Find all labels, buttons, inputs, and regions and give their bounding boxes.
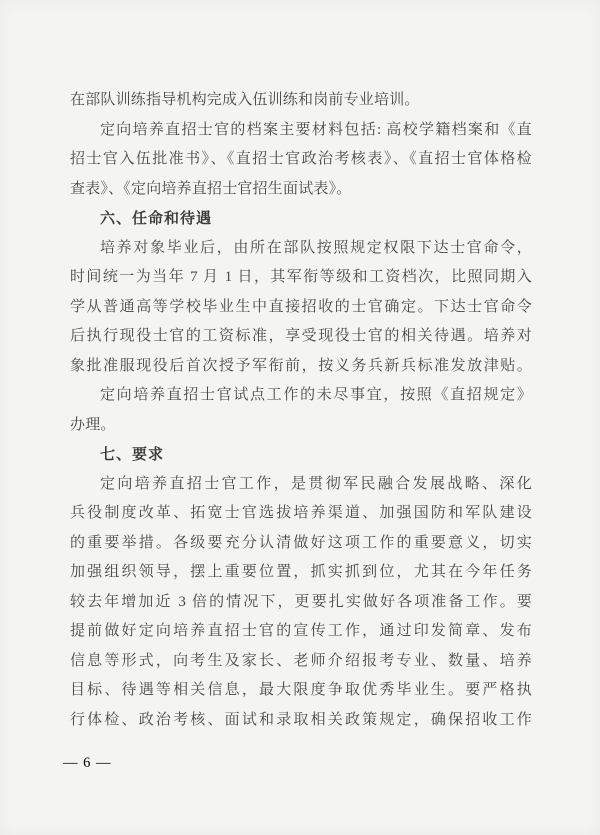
text-line: 在部队训练指导机构完成入伍训练和岗前专业培训。 bbox=[70, 86, 532, 116]
text-line: 后执行现役士官的工资标准，享受现役士官的相关待遇。培养对 bbox=[70, 322, 532, 352]
text-line: 定向培养直招士官工作，是贯彻军民融合发展战略、深化 bbox=[70, 470, 532, 500]
text-line: 信息等形式，向考生及家长、老师介绍报考专业、数量、培养 bbox=[70, 647, 532, 677]
document-text: 在部队训练指导机构完成入伍训练和岗前专业培训。定向培养直招士官的档案主要材料包括… bbox=[70, 86, 532, 735]
page-number: — 6 — bbox=[63, 755, 112, 772]
section-heading: 七、要求 bbox=[70, 440, 532, 470]
text-line: 目标、待遇等相关信息，最大限度争取优秀毕业生。要严格执 bbox=[70, 676, 532, 706]
text-line: 定向培养直招士官试点工作的未尽事宜，按照《直招规定》 bbox=[70, 381, 532, 411]
scanned-document-page: 在部队训练指导机构完成入伍训练和岗前专业培训。定向培养直招士官的档案主要材料包括… bbox=[0, 0, 600, 835]
text-line: 学从普通高等学校毕业生中直接招收的士官确定。下达士官命令 bbox=[70, 293, 532, 323]
section-heading: 六、任命和待遇 bbox=[70, 204, 532, 234]
text-line: 招士官入伍批准书》、《直招士官政治考核表》、《直招士官体格检 bbox=[70, 145, 532, 175]
text-line: 行体检、政治考核、面试和录取相关政策规定，确保招收工作 bbox=[70, 706, 532, 736]
text-line: 较去年增加近 3 倍的情况下，更要扎实做好各项准备工作。要 bbox=[70, 588, 532, 618]
text-line: 培养对象毕业后，由所在部队按照规定权限下达士官命令， bbox=[70, 234, 532, 264]
text-line: 查表》、《定向培养直招士官招生面试表》。 bbox=[70, 175, 532, 205]
text-line: 兵役制度改革、拓宽士官选拔培养渠道、加强国防和军队建设 bbox=[70, 499, 532, 529]
text-line: 的重要举措。各级要充分认清做好这项工作的重要意义，切实 bbox=[70, 529, 532, 559]
text-line: 象批准服现役后首次授予军衔前，按义务兵新兵标准发放津贴。 bbox=[70, 352, 532, 382]
text-line: 加强组织领导，摆上重要位置，抓实抓到位，尤其在今年任务 bbox=[70, 558, 532, 588]
text-line: 定向培养直招士官的档案主要材料包括: 高校学籍档案和《直 bbox=[70, 116, 532, 146]
text-line: 时间统一为当年 7 月 1 日，其军衔等级和工资档次，比照同期入 bbox=[70, 263, 532, 293]
text-line: 办理。 bbox=[70, 411, 532, 441]
text-line: 提前做好定向培养直招士官的宣传工作，通过印发简章、发布 bbox=[70, 617, 532, 647]
